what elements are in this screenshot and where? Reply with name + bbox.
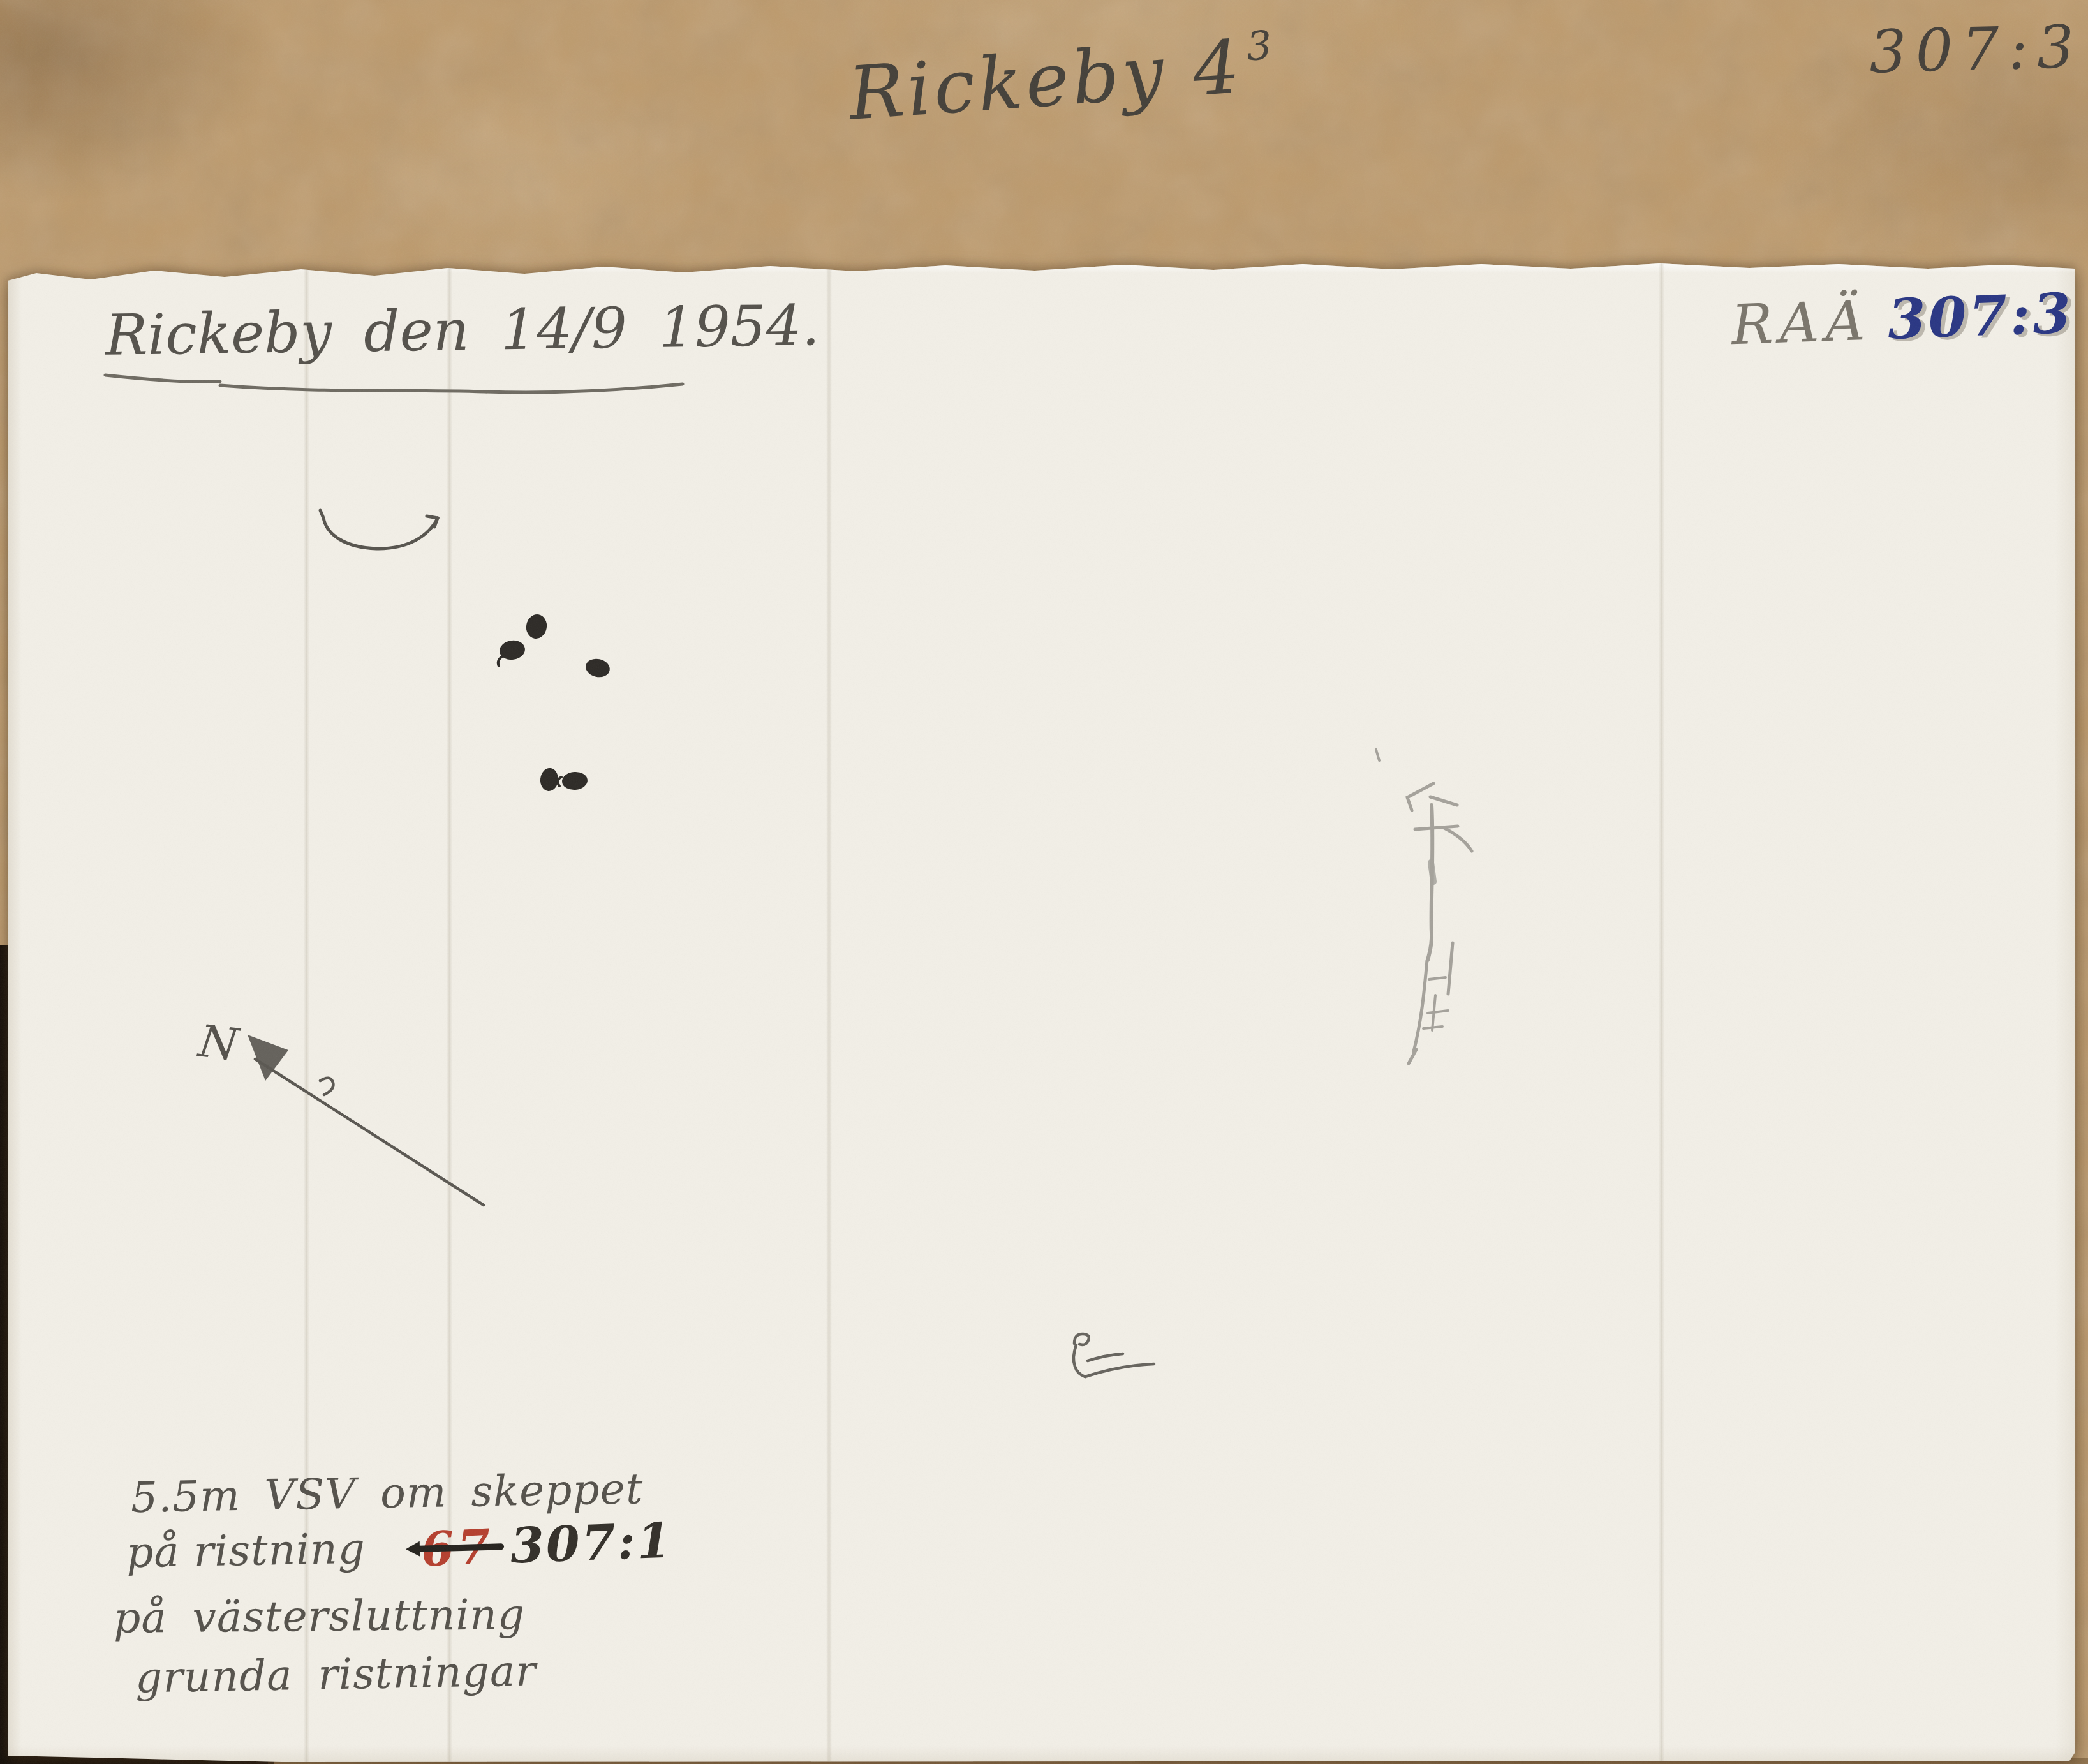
paper-crease (1659, 263, 1664, 1762)
scanned-archive-card: Rickeby 43 307:3 Rickeby den 14/9 1954. … (0, 0, 2088, 1764)
dateline: Rickeby den 14/9 1954. (105, 292, 820, 368)
note-line-2: på ristning (126, 1524, 366, 1578)
backing-ref-number: 307:3 (1869, 13, 2084, 87)
backing-title-text: Rickeby 4 (846, 24, 1246, 137)
backing-title-superscript: 3 (1245, 21, 1276, 70)
torn-edge-fringe (8, 263, 2075, 273)
backing-title: Rickeby 43 (846, 22, 1274, 137)
north-label: N (196, 1015, 241, 1072)
replacement-number: 307:1 (510, 1512, 674, 1575)
raa-number: 307:3 (1886, 281, 2074, 352)
note-line-1: 5.5m VSV om skeppet (130, 1464, 644, 1522)
note-line-4: grunda ristningar (135, 1647, 537, 1703)
note-line-3: på västersluttning (114, 1590, 526, 1643)
raa-reference: RAÄ307:3 (1730, 281, 2074, 358)
scan-edge-left (0, 945, 9, 1764)
paper-crease (826, 263, 832, 1762)
raa-label: RAÄ (1730, 289, 1872, 358)
